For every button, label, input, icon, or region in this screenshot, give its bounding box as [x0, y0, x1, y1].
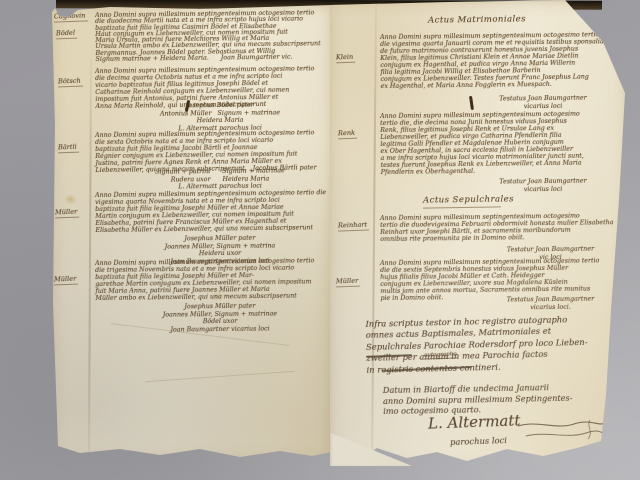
margin-surname: Bärtli	[58, 144, 79, 154]
fold-crease	[88, 59, 92, 454]
baptism-entry-paragraph: Anno Domini supra millesimum septingente…	[95, 189, 331, 234]
handwriting-line: vicarius loci	[488, 185, 598, 194]
margin-surname: Müller	[54, 276, 79, 286]
right-page: Klein Renk Reinhart Müller Actus Matrimo…	[328, 0, 628, 470]
baptism-entry-paragraph: Anno Domini supra millesimum septingente…	[95, 257, 331, 302]
margin-surname: Müller	[336, 278, 361, 288]
attestation-block: Testatur Joan Baumgartnervicarius loci	[488, 177, 598, 193]
margin-surname: Cagnovin	[54, 12, 88, 22]
fold-crease	[371, 0, 377, 468]
handwriting-line: Testatur Joan Baumgartner	[488, 177, 598, 186]
handwriting-line: Testatus Joan Baumgartner	[498, 295, 603, 304]
margin-surname: Renk	[338, 130, 357, 140]
handwriting-line: Signum matrinae + Heidera Maria. Joan Ba…	[96, 54, 332, 63]
handwriting-line: Joan Baumgartner vicarius loci	[120, 325, 320, 335]
handwriting-line: Müller ambo ex Liebenzweiller, qui una m…	[95, 292, 331, 302]
closing-attestation-paragraph: Infra scriptus testor in hoc registro au…	[365, 313, 618, 376]
signature-name: L. Altermatt	[428, 411, 521, 432]
burial-entry-paragraph: Anno Domini supra millesimum septingente…	[380, 212, 606, 243]
margin-surname: Müller	[55, 209, 80, 219]
photo-backdrop: Cagnovin Bödel Bötsch Bärtli Müller Müll…	[0, 0, 640, 480]
marriage-entry-paragraph: Anno Domini supra millesimum septingente…	[380, 31, 607, 90]
margin-surname: Bötsch	[58, 78, 83, 88]
attestation-block: Josephus Müller paterJoannes Müller, Sig…	[120, 302, 320, 334]
margin-surname: Klein	[336, 54, 356, 64]
handwriting-line: vicarius loci.	[498, 303, 603, 312]
signature-flourish	[516, 418, 608, 442]
handwriting-line: Testatur Joan Baumgartner	[498, 245, 603, 254]
left-page: Cagnovin Bödel Bötsch Bärtli Müller Müll…	[50, 4, 332, 462]
section-heading-sepulchrales: Actus Sepulchrales	[423, 194, 514, 205]
handwriting-line: omnibus rite praemunita pie in Domino ob…	[380, 233, 606, 243]
paper-wrinkle	[145, 371, 295, 382]
margin-surname: Reinhart	[338, 221, 369, 231]
attestation-block: Testatus Joan Baumgartnervicarius loci	[488, 94, 598, 110]
margin-surname: Bödel	[56, 30, 77, 40]
handwriting-line: vicarius loci	[488, 102, 598, 111]
heading-underline	[423, 206, 501, 208]
paper-stain	[64, 194, 77, 205]
marriage-entry-paragraph: Anno Domini supra millesimum septingente…	[380, 110, 607, 176]
handwriting-line: Pfendlerin ex Oberhagenthal.	[381, 166, 607, 176]
baptism-entry-paragraph: Anno Domini supra millesimum septingente…	[95, 10, 332, 63]
handwriting-line: Elisabetha Müller ex Liebenzweiller, qui…	[95, 224, 331, 234]
handwriting-line: Testatus Joan Baumgartner	[488, 94, 598, 103]
attestation-block: Signum + patrini Signum + matrinaeRudera…	[120, 167, 320, 192]
section-heading-matrimoniales: Actus Matrimoniales	[428, 14, 526, 25]
inserted-correction-word: autographo	[424, 351, 457, 359]
attestation-block: Josephus Bödel paterAntonius Müller Sign…	[120, 101, 320, 133]
ink-blot	[469, 96, 473, 110]
signature-title: parochus loci	[450, 435, 507, 447]
handwriting-line: ex Hagenthal, et Maria Anna Fogglerin ex…	[381, 80, 607, 90]
attestation-block: Testatus Joan Baumgartnervicarius loci.	[498, 295, 603, 311]
